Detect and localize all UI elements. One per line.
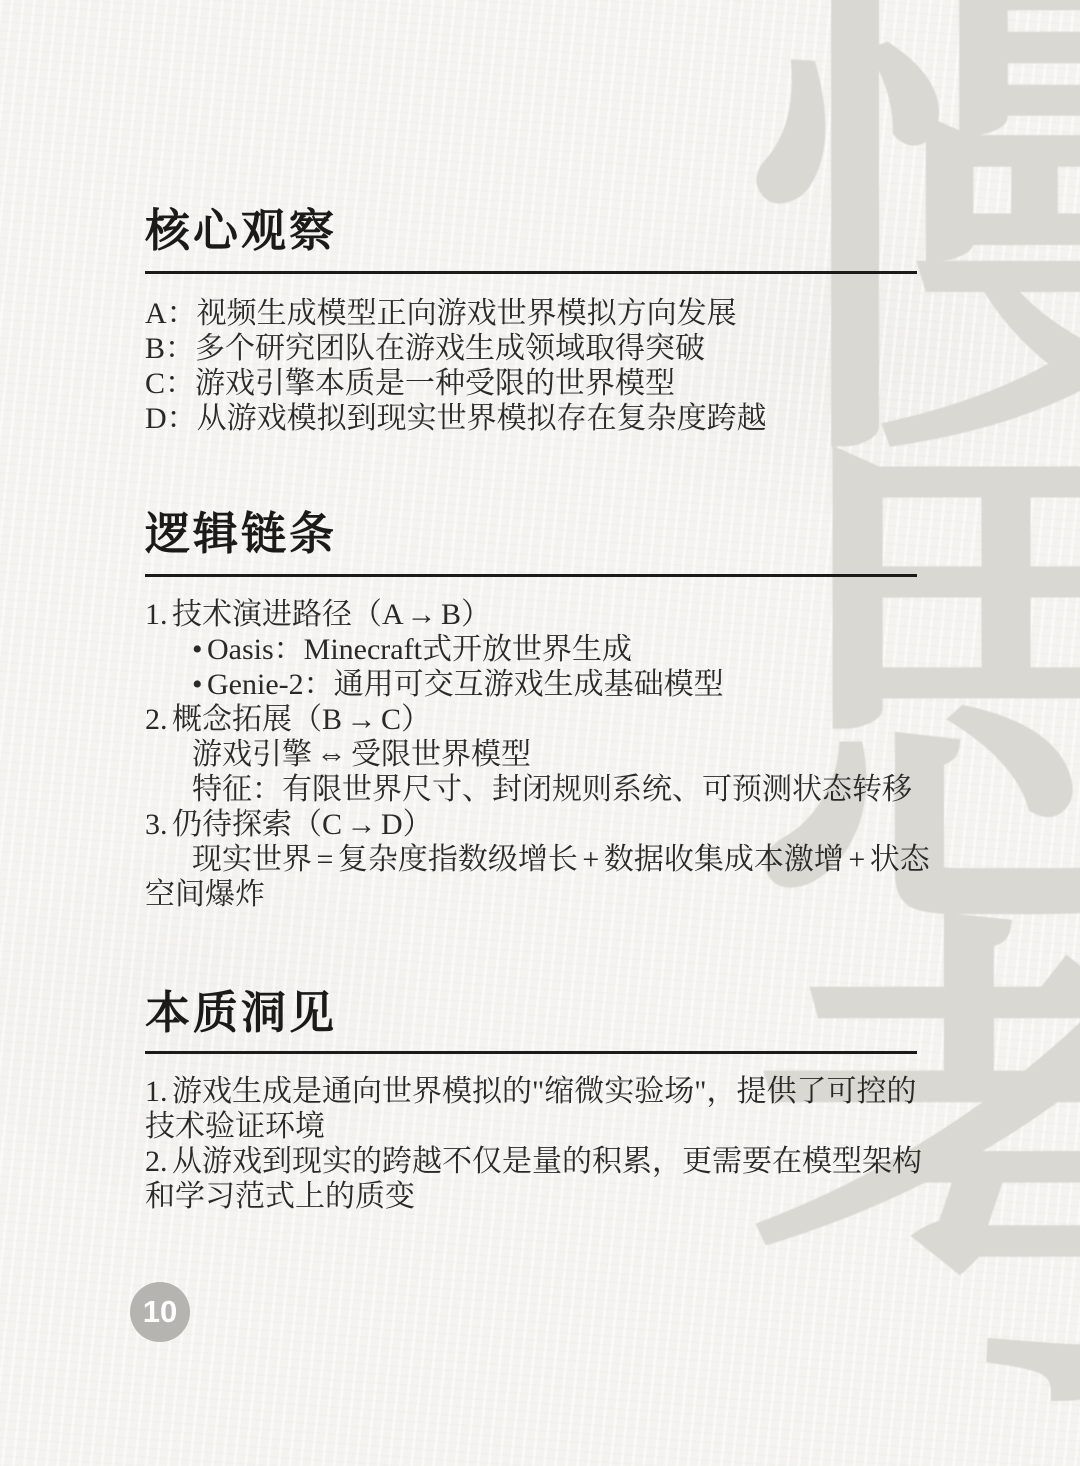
list-item-bullet: • Oasis：Minecraft式开放世界生成 xyxy=(145,632,930,667)
list-item: 1. 游戏生成是通向世界模拟的"缩微实验场"，提供了可控的技术验证环境 xyxy=(145,1074,930,1144)
section-rule xyxy=(145,271,917,274)
list-item: C：游戏引擎本质是一种受限的世界模型 xyxy=(145,366,930,401)
section-title: 本质洞见 xyxy=(145,987,930,1039)
section-items: A：视频生成模型正向游戏世界模拟方向发展 B：多个研究团队在游戏生成领域取得突破… xyxy=(145,296,930,436)
section-items: 1. 技术演进路径（A → B） • Oasis：Minecraft式开放世界生… xyxy=(145,597,930,912)
section-logic-chain: 逻辑链条 1. 技术演进路径（A → B） • Oasis：Minecraft式… xyxy=(145,508,930,912)
section-title: 核心观察 xyxy=(145,205,930,257)
section-core-observations: 核心观察 A：视频生成模型正向游戏世界模拟方向发展 B：多个研究团队在游戏生成领… xyxy=(145,205,930,436)
list-item-sub: 现实世界 = 复杂度指数级增长 + 数据收集成本激增 + 状态空间爆炸 xyxy=(145,842,930,912)
section-items: 1. 游戏生成是通向世界模拟的"缩微实验场"，提供了可控的技术验证环境 2. 从… xyxy=(145,1074,930,1214)
section-title: 逻辑链条 xyxy=(145,508,930,560)
section-rule xyxy=(145,574,917,577)
list-item: 3. 仍待探索（C → D） xyxy=(145,807,930,842)
section-rule xyxy=(145,1051,917,1054)
page-number-badge: 10 xyxy=(130,1282,190,1342)
page-number: 10 xyxy=(143,1294,177,1330)
list-item: 2. 从游戏到现实的跨越不仅是量的积累，更需要在模型架构和学习范式上的质变 xyxy=(145,1144,930,1214)
list-item: B：多个研究团队在游戏生成领域取得突破 xyxy=(145,331,930,366)
list-item-sub: 游戏引擎 ⇔ 受限世界模型 xyxy=(145,737,930,772)
page-content: 核心观察 A：视频生成模型正向游戏世界模拟方向发展 B：多个研究团队在游戏生成领… xyxy=(145,0,930,1214)
list-item-sub: 特征：有限世界尺寸、封闭规则系统、可预测状态转移 xyxy=(145,772,930,807)
list-item: D：从游戏模拟到现实世界模拟存在复杂度跨越 xyxy=(145,401,930,436)
list-item-bullet: • Genie-2：通用可交互游戏生成基础模型 xyxy=(145,667,930,702)
section-essential-insights: 本质洞见 1. 游戏生成是通向世界模拟的"缩微实验场"，提供了可控的技术验证环境… xyxy=(145,987,930,1214)
list-item: A：视频生成模型正向游戏世界模拟方向发展 xyxy=(145,296,930,331)
list-item: 2. 概念拓展（B → C） xyxy=(145,702,930,737)
list-item: 1. 技术演进路径（A → B） xyxy=(145,597,930,632)
notes-page: 慢思考 核心观察 A：视频生成模型正向游戏世界模拟方向发展 B：多个研究团队在游… xyxy=(0,0,1080,1466)
